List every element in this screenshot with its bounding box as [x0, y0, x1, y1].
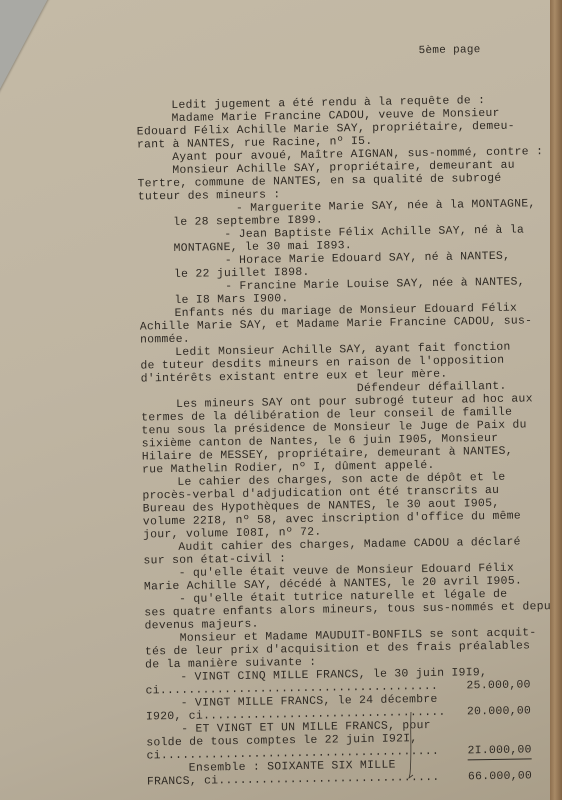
amount-value: 25.000,00 — [466, 679, 530, 693]
amount-value-underlined: 2I.000,00 — [467, 744, 531, 760]
amount-value: 20.000,00 — [467, 705, 531, 719]
underlying-sheet-corner — [0, 0, 57, 96]
pen-mark-icon — [407, 712, 415, 782]
text-line: - Marguerite Marie SAY, née à la MONTAGN… — [236, 198, 536, 216]
text-line: nommée. — [140, 334, 190, 348]
typed-document: 5ème page Ledit jugement a été rendu à l… — [0, 0, 546, 5]
page-number: 5ème page — [418, 44, 480, 58]
document-page: 5ème page Ledit jugement a été rendu à l… — [0, 0, 552, 800]
total-amount-value: 66.000,00 — [468, 770, 532, 784]
desk-edge — [550, 0, 562, 800]
